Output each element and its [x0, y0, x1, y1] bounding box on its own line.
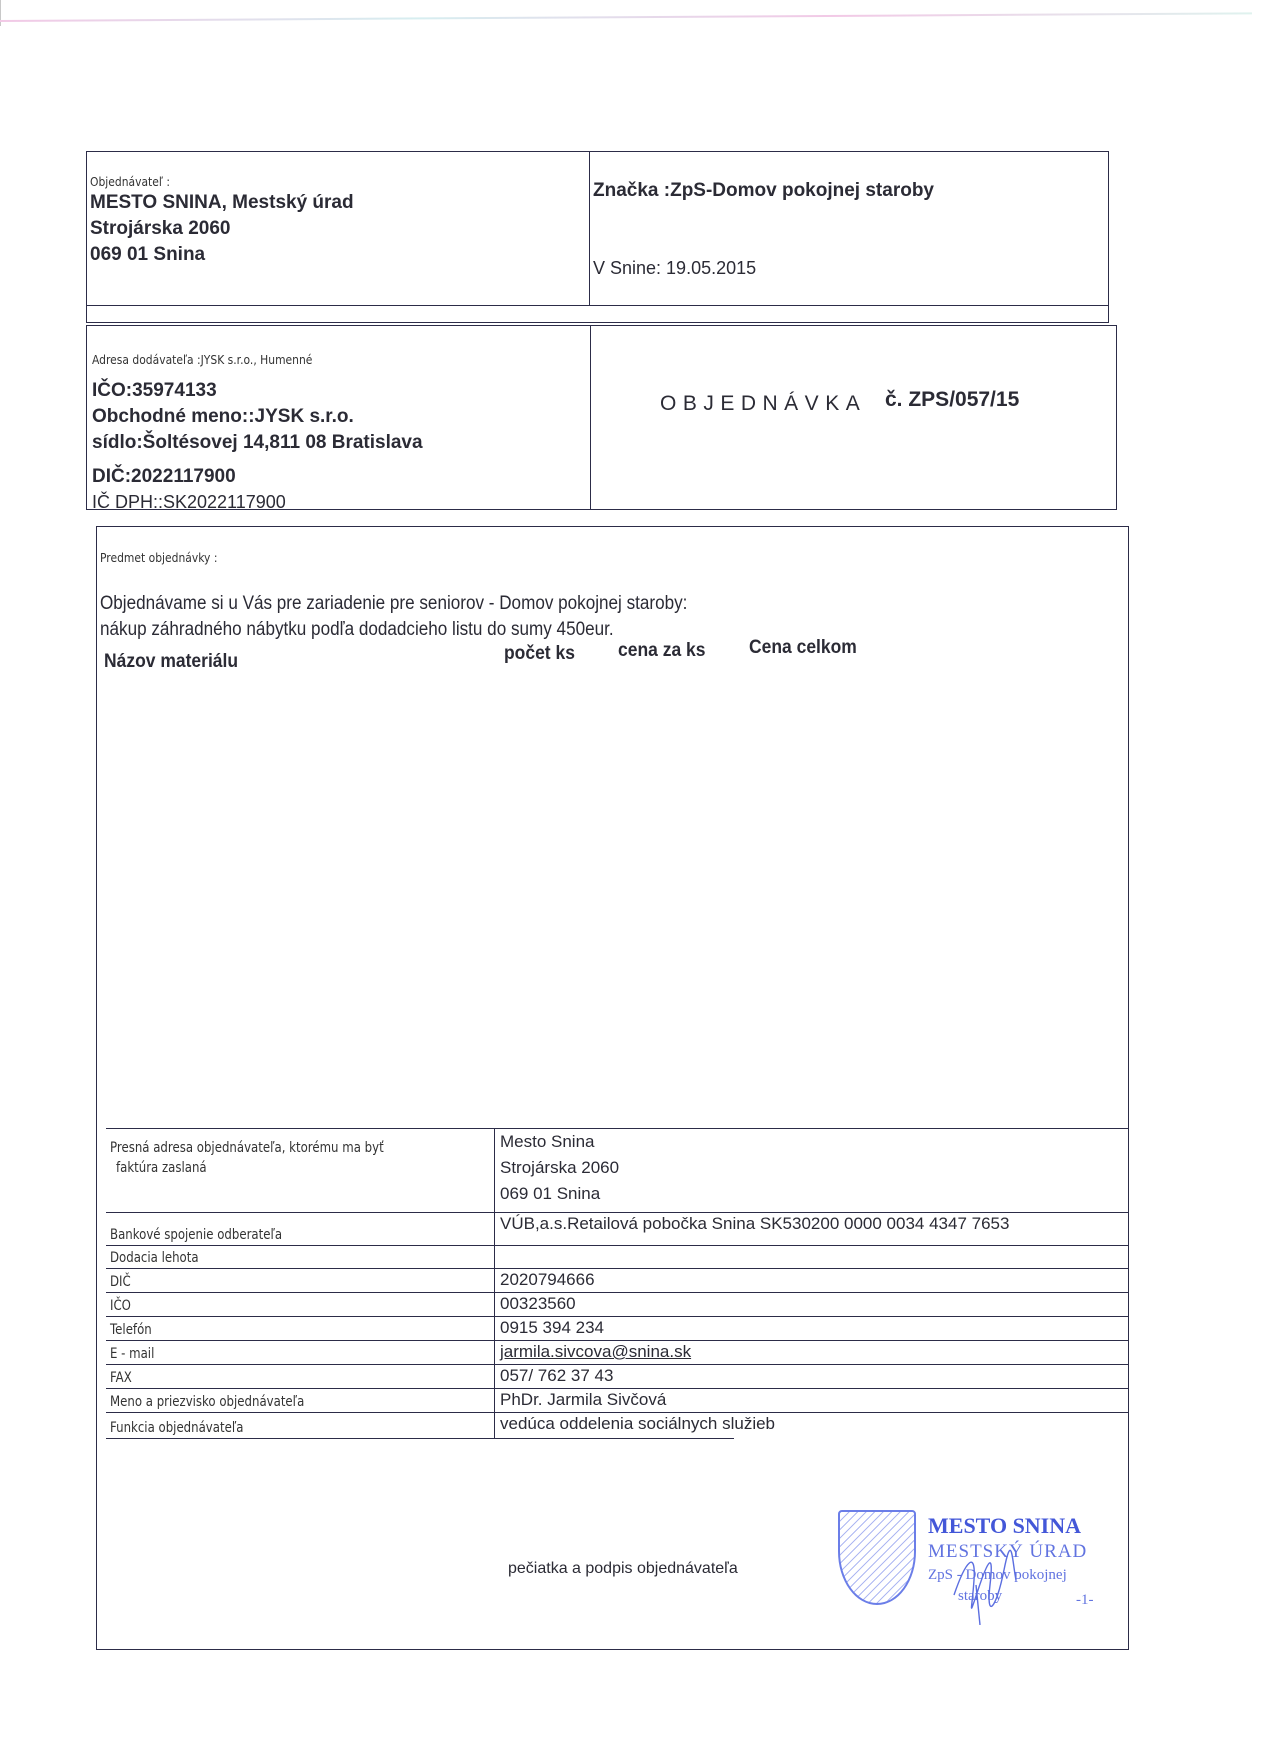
- supplier-seat: sídlo:Šoltésovej 14,811 08 Bratislava: [92, 432, 423, 454]
- table-row-value: 0915 394 234: [500, 1318, 604, 1338]
- column-header-total-price: Cena celkom: [749, 637, 857, 659]
- table-row-value: 057/ 762 37 43: [500, 1366, 613, 1386]
- column-header-material: Názov materiálu: [104, 651, 238, 673]
- header-rule: [86, 305, 1109, 306]
- table-row-value: Mesto Snina: [500, 1132, 595, 1152]
- supplier-label: Adresa dodávateľa :JYSK s.r.o., Humenné: [92, 352, 312, 367]
- table-row-rule: [106, 1212, 1128, 1213]
- header-divider: [589, 151, 590, 306]
- table-row-label: Presná adresa objednávateľa, ktorému ma …: [110, 1140, 384, 1156]
- subject-section: [96, 526, 1129, 1650]
- stamp-number: -1-: [1076, 1592, 1094, 1609]
- table-row-value: 069 01 Snina: [500, 1184, 600, 1204]
- table-row-rule: [106, 1388, 1128, 1389]
- stamp-line-1: MESTO SNINA: [928, 1513, 1081, 1539]
- table-row-label: DIČ: [110, 1274, 131, 1290]
- table-row-label: IČO: [110, 1298, 131, 1314]
- order-title: OBJEDNÁVKA: [660, 392, 866, 416]
- table-top-rule: [106, 1128, 1128, 1129]
- subject-line-1: Objednávame si u Vás pre zariadenie pre …: [100, 593, 687, 615]
- table-row-rule: [106, 1292, 1128, 1293]
- signature-icon: [946, 1540, 1036, 1625]
- supplier-ico: IČO:35974133: [92, 380, 217, 402]
- email-link[interactable]: jarmila.sivcova@snina.sk: [500, 1342, 691, 1362]
- table-row-value: 2020794666: [500, 1270, 595, 1290]
- table-row-label: Bankové spojenie odberateľa: [110, 1227, 282, 1243]
- table-row-rule: [106, 1364, 1128, 1365]
- table-row-rule: [106, 1412, 1128, 1413]
- table-row-label: Dodacia lehota: [110, 1250, 199, 1266]
- supplier-divider: [590, 325, 591, 510]
- orderer-street: Strojárska 2060: [90, 218, 231, 240]
- table-row-label: E - mail: [110, 1346, 154, 1362]
- orderer-city: 069 01 Snina: [90, 244, 205, 266]
- supplier-ic-dph: IČ DPH::SK2022117900: [92, 492, 286, 513]
- table-row-label: Funkcia objednávateľa: [110, 1420, 243, 1436]
- reference-date: V Snine: 19.05.2015: [593, 258, 756, 279]
- header-section: [86, 151, 1109, 323]
- signature-caption: pečiatka a podpis objednávateľa: [508, 1560, 738, 1578]
- table-row-label: Telefón: [110, 1322, 152, 1338]
- table-row-rule: [106, 1316, 1128, 1317]
- column-header-quantity: počet ks: [504, 643, 575, 665]
- subject-label: Predmet objednávky :: [100, 550, 217, 565]
- table-row-label-continued: faktúra zaslaná: [116, 1160, 207, 1176]
- reference-mark: Značka :ZpS-Domov pokojnej staroby: [593, 180, 934, 202]
- table-row-value: vedúca oddelenia sociálnych služieb: [500, 1414, 775, 1434]
- table-row-value: 00323560: [500, 1294, 576, 1314]
- scan-edge: [0, 0, 1, 26]
- scan-edge-line: [0, 12, 1252, 22]
- order-number: č. ZPS/057/15: [885, 388, 1019, 412]
- table-row-rule: [106, 1245, 1128, 1246]
- table-row-rule: [106, 1340, 1128, 1341]
- subject-line-2: nákup záhradného nábytku podľa dodadcieh…: [100, 619, 614, 641]
- table-row-value: PhDr. Jarmila Sivčová: [500, 1390, 666, 1410]
- table-row-value: VÚB,a.s.Retailová pobočka Snina SK530200…: [500, 1214, 1009, 1234]
- supplier-business-name: Obchodné meno::JYSK s.r.o.: [92, 406, 354, 428]
- orderer-name: MESTO SNINA, Mestský úrad: [90, 192, 354, 214]
- table-column-divider: [494, 1128, 495, 1438]
- table-row-value: Strojárska 2060: [500, 1158, 619, 1178]
- table-bottom-rule: [106, 1438, 734, 1439]
- orderer-label: Objednávateľ :: [90, 174, 170, 189]
- table-row-rule: [106, 1268, 1128, 1269]
- table-row-label: FAX: [110, 1370, 132, 1386]
- table-row-label: Meno a priezvisko objednávateľa: [110, 1394, 304, 1410]
- column-header-unit-price: cena za ks: [618, 640, 705, 662]
- supplier-dic: DIČ:2022117900: [92, 466, 236, 488]
